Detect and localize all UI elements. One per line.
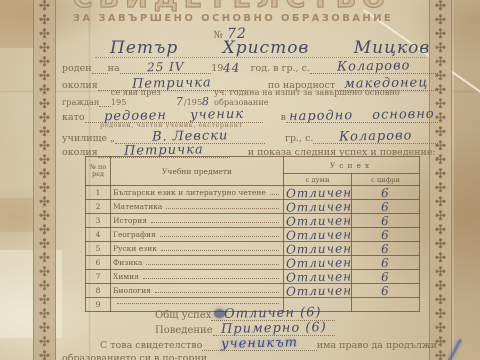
col-digits-header: с цифри [352, 174, 420, 186]
citizen-label: граждан [62, 97, 99, 107]
row-grade-words: Отличен [286, 242, 352, 255]
student-name: Петър Христов Мицков [110, 38, 430, 58]
grade-row: 7 Химия Отличен 6 [86, 270, 420, 284]
grade-row: 1 Български език и литературно четене От… [86, 186, 420, 200]
certificate-rights-line: С това свидетелство ученикът има право д… [100, 336, 437, 351]
born-label: роден [62, 63, 92, 74]
grade-row: 8 Биология Отличен 6 [86, 284, 420, 298]
year-printed: 19 [211, 63, 223, 74]
grade-row: 6 Физика Отличен 6 [86, 256, 420, 270]
document-subtitle: ЗА ЗАВЪРШЕНО ОСНОВНО ОБРАЗОВАНИЕ [0, 13, 466, 24]
col-success-header: Успех [284, 157, 420, 174]
grade-row: 3 История Отличен 6 [86, 214, 420, 228]
stain-right-edge [454, 0, 480, 360]
row-grade-words: Отличен [286, 270, 352, 283]
row-num: 8 [86, 284, 111, 298]
ornament-border-left-icon: ✣ ✣ ✣ ✣ ✣ ✣ ✣ ✣ ✣ ✣ ✣ ✣ ✣ ✣ ✣ ✣ ✣ ✣ ✣ ✣ … [33, 0, 56, 360]
row-grade-words: Отличен [286, 186, 352, 199]
cert-holder-value: ученикът [221, 336, 298, 350]
row-subject: Химия [113, 272, 139, 281]
row-grade-digit: 6 [381, 214, 390, 226]
row-num: 6 [86, 256, 111, 270]
ornament-border-right-icon: ✣ ✣ ✣ ✣ ✣ ✣ ✣ ✣ ✣ ✣ ✣ ✣ ✣ ✣ ✣ ✣ ✣ ✣ ✣ ✣ … [429, 0, 452, 360]
conduct-value: Примерно (6) [221, 321, 327, 336]
grades-table: № по ред Учебни предмети Успех с думи с … [85, 156, 420, 312]
row-grade-digit: 6 [381, 200, 390, 212]
overall-label: Общ успех [155, 310, 211, 321]
overall-value: Отличен (6) [224, 306, 322, 321]
as-label: като [62, 112, 85, 123]
grade-row: 4 География Отличен 6 [86, 228, 420, 242]
cert-post-label: има право да продължи [317, 340, 437, 351]
document-title: СВИДЕТЕЛСТВО [0, 0, 464, 14]
school-place-value: Коларово [339, 129, 413, 143]
row-grade-digit: 6 [381, 284, 390, 296]
row-grade-words: Отличен [286, 256, 352, 269]
exam-year2: 8 [202, 96, 210, 107]
born-line: роден на 25 IV 1944 год. в гр., с. Колар… [62, 60, 438, 74]
conduct-line: Поведение Примерно (6) [155, 321, 335, 336]
exam-mid-label: /195 [184, 97, 202, 107]
row-num: 2 [86, 200, 111, 214]
row-subject: Биология [113, 286, 151, 295]
student-name-line: Петър Христов Мицков [110, 38, 410, 57]
born-suffix-label: год. в гр., с. [251, 63, 310, 74]
row-num: 3 [86, 214, 111, 228]
district-label: околия [62, 80, 98, 91]
name-underline [95, 57, 425, 58]
born-place-value: Коларово [337, 59, 411, 73]
exam-pre-label: се яви през 195 [111, 87, 176, 107]
row-grade-words: Отличен [286, 200, 352, 213]
ink-blot [214, 309, 225, 318]
row-num: 9 [86, 298, 111, 312]
row-grade-words: Отличен [286, 214, 352, 227]
row-grade-digit: 6 [381, 186, 390, 198]
born-on-label: на [108, 63, 120, 74]
row-subject: Физика [113, 258, 142, 267]
stain-left-mid [0, 198, 34, 232]
row-grade-digit: 6 [381, 270, 390, 282]
exam-year1: 7 [176, 96, 184, 107]
col-words-header: с думи [284, 174, 352, 186]
born-date-value: 25 IV [147, 61, 185, 74]
row-subject: Математика [113, 202, 162, 211]
row-grade-digit: 6 [381, 228, 390, 240]
certificate-rights-line2: образованието си в по-горни [62, 352, 280, 360]
row-subject: Руски език [113, 244, 157, 253]
overall-success-line: Общ успех Отличен (6) [155, 306, 335, 321]
row-subject: История [113, 216, 147, 225]
grade-row: 5 Руски език Отличен 6 [86, 242, 420, 256]
row-num: 1 [86, 186, 111, 200]
row-grade-words: Отличен [286, 284, 352, 297]
exam-line: граждан се яви през 1957/1958 уч. година… [62, 94, 446, 107]
cert-pre-label: С това свидетелство [100, 340, 202, 351]
cert-line2-label: образованието си в по-горни [62, 353, 207, 360]
certificate-paper: ✣ ✣ ✣ ✣ ✣ ✣ ✣ ✣ ✣ ✣ ✣ ✣ ✣ ✣ ✣ ✣ ✣ ✣ ✣ ✣ … [0, 0, 480, 360]
row-subject: География [113, 230, 156, 239]
col-subject-header: Учебни предмети [111, 157, 284, 186]
school-kind-value: народно основно [289, 108, 435, 124]
grade-row: 2 Математика Отличен 6 [86, 200, 420, 214]
exam-post-label: уч. година на изпит за завършено основно… [214, 87, 446, 107]
row-grade-words: Отличен [286, 228, 352, 241]
col-number-header: № по ред [86, 157, 111, 186]
row-num: 5 [86, 242, 111, 256]
row-subject: Български език и литературно четене [113, 188, 266, 197]
year-written: 44 [223, 62, 240, 74]
row-grade-digit: 6 [381, 242, 390, 254]
row-num: 7 [86, 270, 111, 284]
row-grade-digit: 6 [381, 256, 390, 268]
row-num: 4 [86, 228, 111, 242]
